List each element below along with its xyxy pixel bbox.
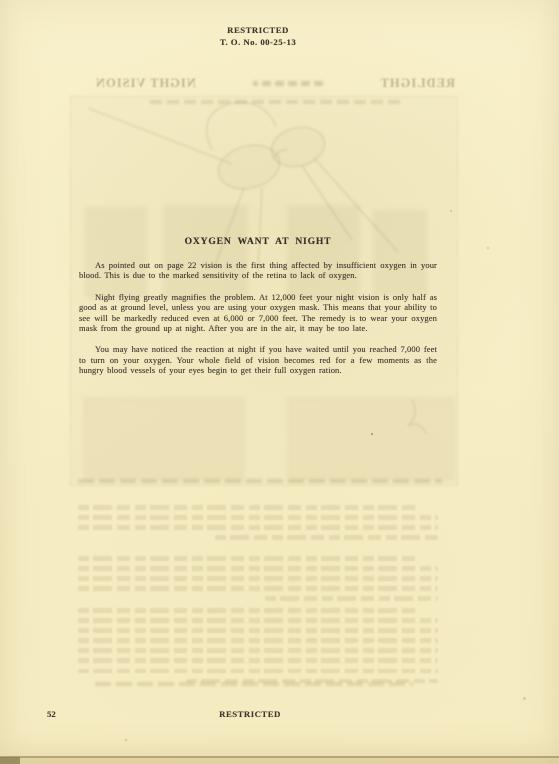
bleedthrough-word-night-vision: NIGHT VISION	[95, 76, 196, 91]
bleedthrough-text-rule	[78, 479, 442, 483]
bleedthrough-text-rule	[95, 682, 413, 686]
paper-speck	[450, 210, 452, 212]
paper-speck	[371, 433, 373, 435]
bleedthrough-paragraph	[78, 505, 438, 545]
bleedthrough-subtitle-smudge	[150, 100, 400, 104]
bleedthrough-panel	[288, 398, 454, 480]
paper-speck	[523, 697, 526, 700]
page-number: 52	[47, 709, 56, 719]
page-header: RESTRICTED T. O. No. 00-25-13	[78, 24, 438, 48]
bleedthrough-panel	[84, 398, 244, 480]
classification-footer: RESTRICTED	[78, 709, 422, 719]
bleedthrough-paragraph	[78, 608, 438, 689]
bleedthrough-paragraph	[78, 556, 438, 606]
article-title: OXYGEN WANT AT NIGHT	[79, 236, 437, 247]
paragraph-3: You may have noticed the reaction at nig…	[79, 344, 437, 375]
page-bottom-edge	[0, 756, 559, 758]
paper-speck	[125, 739, 127, 741]
paper-speck	[487, 247, 489, 249]
technical-order-number: T. O. No. 00-25-13	[78, 36, 438, 48]
bleedthrough-word-redlight: REDLIGHT	[380, 76, 455, 91]
classification-header: RESTRICTED	[78, 24, 438, 36]
paragraph-2: Night flying greatly magnifies the probl…	[79, 292, 437, 334]
scan-edge-strip	[0, 758, 559, 764]
paragraph-1: As pointed out on page 22 vision is the …	[79, 260, 437, 281]
bleedthrough-mirrored-title: REDLIGHT NIGHT VISION	[95, 76, 455, 91]
page-bottom-corner-shadow	[0, 757, 20, 764]
scanned-manual-page: REDLIGHT NIGHT VISION	[0, 0, 559, 764]
bleedthrough-smudge-bar	[253, 81, 323, 86]
article-body: OXYGEN WANT AT NIGHT As pointed out on p…	[79, 236, 437, 387]
